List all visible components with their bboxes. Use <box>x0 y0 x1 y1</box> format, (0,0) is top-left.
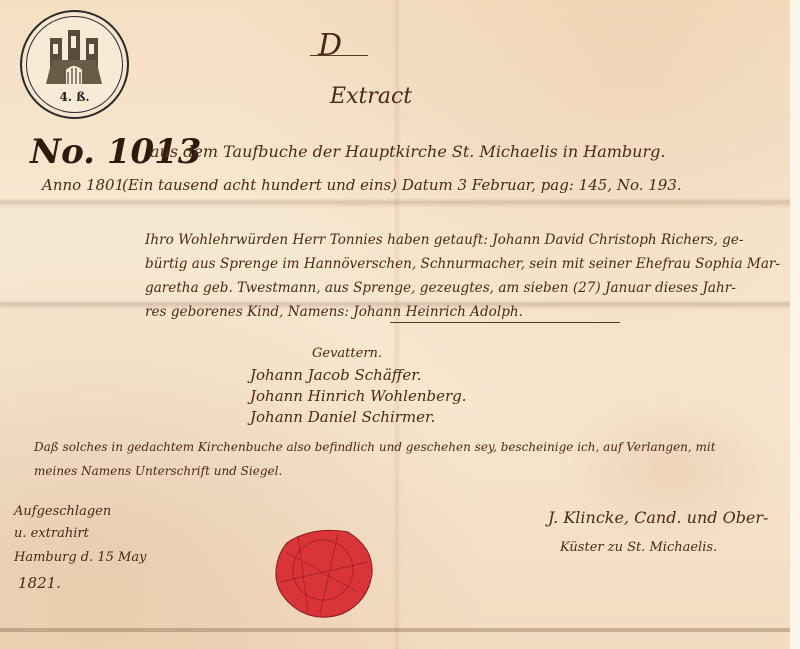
red-wax-seal-icon <box>268 522 378 622</box>
page-mark: D <box>318 28 342 63</box>
godparent-name: Johann Hinrich Wohlenberg. <box>250 387 467 405</box>
date-line: (Ein tausend acht hundert und eins) Datu… <box>122 176 682 194</box>
body-line: bürtig aus Sprenge im Hannöverschen, Sch… <box>145 256 780 272</box>
hamburg-castle-icon <box>42 24 106 88</box>
year-line-prefix: Anno 1801 <box>42 176 124 194</box>
page-mark-underline <box>310 55 368 56</box>
body-line: res geborenes Kind, Namens: Johann Heinr… <box>145 304 523 320</box>
page-edge <box>790 0 800 649</box>
body-line: garetha geb. Twestmann, aus Sprenge, gez… <box>145 280 736 296</box>
godparents-label: Gevattern. <box>312 346 382 361</box>
attestation-line: meines Namens Unterschrift und Siegel. <box>34 464 282 478</box>
body-line: Ihro Wohlehrwürden Herr Tonnies haben ge… <box>145 232 743 248</box>
fold-line <box>0 628 790 632</box>
child-name-underline <box>390 322 620 323</box>
source-line: aus dem Taufbuche der Hauptkirche St. Mi… <box>150 142 665 161</box>
left-note-line: u. extrahirt <box>14 526 89 541</box>
signature-line: Küster zu St. Michaelis. <box>560 540 717 555</box>
stamp-value: 4. ß. <box>22 90 127 104</box>
godparent-name: Johann Daniel Schirmer. <box>250 408 435 426</box>
godparent-name: Johann Jacob Schäffer. <box>250 366 422 384</box>
attestation-line: Daß solches in gedachtem Kirchenbuche al… <box>34 440 716 454</box>
left-note-line: 1821. <box>18 574 61 592</box>
revenue-stamp: 4. ß. <box>20 10 129 119</box>
signature-line: J. Klincke, Cand. und Ober- <box>548 508 768 527</box>
left-note-line: Hamburg d. 15 May <box>14 550 146 565</box>
document-title: Extract <box>330 84 412 109</box>
left-note-line: Aufgeschlagen <box>14 504 111 519</box>
